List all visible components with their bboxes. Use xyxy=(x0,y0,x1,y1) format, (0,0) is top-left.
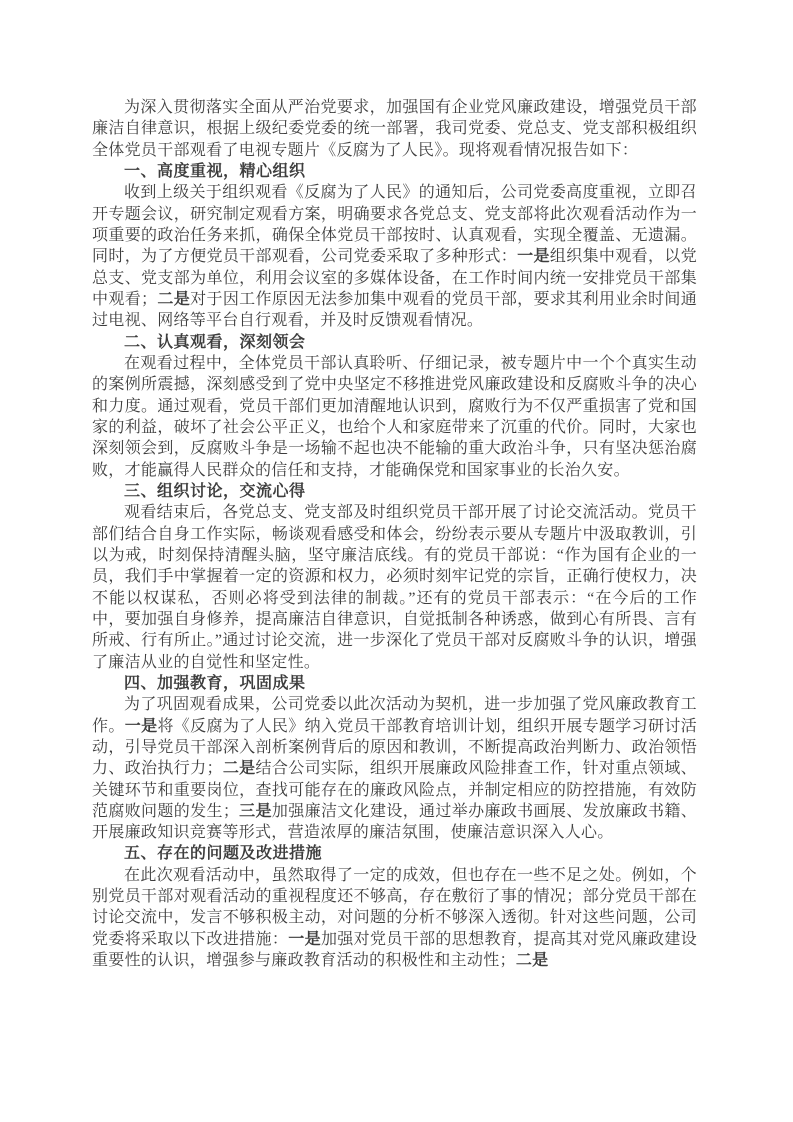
section-heading: 二、认真观看，深刻领会 xyxy=(92,332,697,353)
text-run: 在观看过程中，全体党员干部认真聆听、仔细记录，被专题片中一个个真实生动的案例所震… xyxy=(92,355,697,479)
paragraph: 为了巩固观看成果，公司党委以此次活动为契机，进一步加强了党风廉政教育工作。一是将… xyxy=(92,694,697,843)
text-run: 观看结束后，各党总支、党支部及时组织党员干部开展了讨论交流活动。党员干部们结合自… xyxy=(92,504,697,670)
section-heading: 五、存在的问题及改进措施 xyxy=(92,843,697,864)
bold-text-run: 一、高度重视，精心组织 xyxy=(124,163,306,180)
text-run: 为深入贯彻落实全面从严治党要求，加强国有企业党风廉政建设，增强党员干部廉洁自律意… xyxy=(92,99,697,159)
section-heading: 一、高度重视，精心组织 xyxy=(92,161,697,182)
bold-text-run: 一是 xyxy=(125,718,158,735)
bold-text-run: 三、组织讨论，交流心得 xyxy=(124,483,306,500)
section-heading: 四、加强教育，巩固成果 xyxy=(92,673,697,694)
paragraph: 收到上级关于组织观看《反腐为了人民》的通知后，公司党委高度重视，立即召开专题会议… xyxy=(92,182,697,331)
paragraph: 观看结束后，各党总支、党支部及时组织党员干部开展了讨论交流活动。党员干部们结合自… xyxy=(92,502,697,673)
bold-text-run: 一是 xyxy=(517,248,550,265)
bold-text-run: 一是 xyxy=(288,931,321,948)
paragraph: 在观看过程中，全体党员干部认真聆听、仔细记录，被专题片中一个个真实生动的案例所震… xyxy=(92,353,697,481)
bold-text-run: 五、存在的问题及改进措施 xyxy=(124,845,322,862)
document-page: 为深入贯彻落实全面从严治党要求，加强国有企业党风廉政建设，增强党员干部廉洁自律意… xyxy=(0,0,793,1122)
document-body: 为深入贯彻落实全面从严治党要求，加强国有企业党风廉政建设，增强党员干部廉洁自律意… xyxy=(92,97,697,971)
bold-text-run: 二、认真观看，深刻领会 xyxy=(124,334,306,351)
bold-text-run: 二是 xyxy=(157,291,190,308)
paragraph: 在此次观看活动中，虽然取得了一定的成效，但也存在一些不足之处。例如，个别党员干部… xyxy=(92,865,697,972)
bold-text-run: 四、加强教育，巩固成果 xyxy=(124,675,306,692)
paragraph: 为深入贯彻落实全面从严治党要求，加强国有企业党风廉政建设，增强党员干部廉洁自律意… xyxy=(92,97,697,161)
section-heading: 三、组织讨论，交流心得 xyxy=(92,481,697,502)
bold-text-run: 三是 xyxy=(239,803,272,820)
bold-text-run: 二是 xyxy=(516,952,549,969)
bold-text-run: 二是 xyxy=(223,760,256,777)
